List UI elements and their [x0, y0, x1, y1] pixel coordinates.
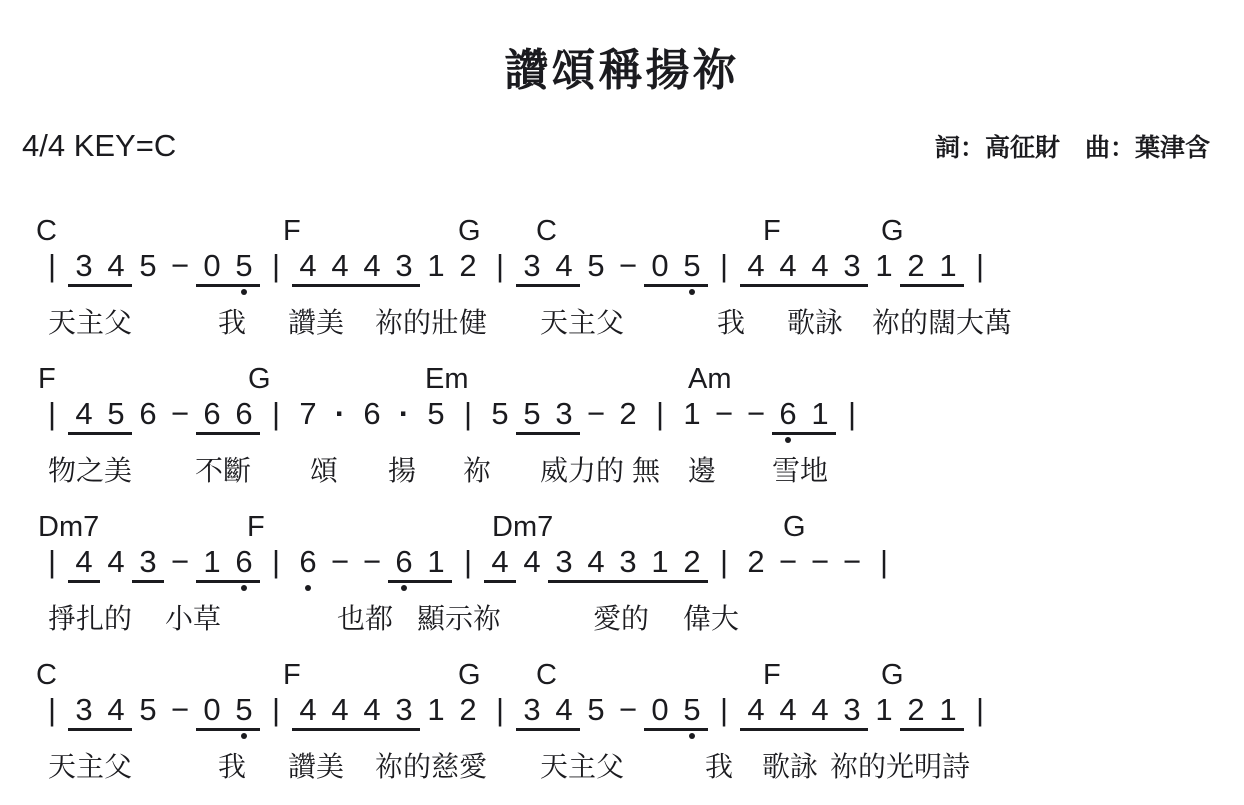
- barline: |: [484, 248, 516, 284]
- barline: |: [484, 692, 516, 728]
- chord-label: F: [283, 214, 301, 248]
- lyric-segment: 威力的: [540, 454, 624, 488]
- lyric-segment: 祢的光明詩: [830, 750, 970, 784]
- barline: |: [36, 544, 68, 580]
- barline: |: [260, 692, 292, 728]
- note-number: 1: [868, 248, 900, 284]
- note-number: 6: [228, 396, 260, 432]
- sheet-music-page: 讚頌稱揚祢 4/4 KEY=C 詞：高征財 曲：葉津含 CFGCFG|345−0…: [0, 0, 1244, 805]
- beam-underline-group: 61: [772, 396, 836, 435]
- note-number: 4: [484, 544, 516, 580]
- note-number: 4: [804, 692, 836, 728]
- lyric-segment: 祢的慈愛: [375, 750, 487, 784]
- note-number: 4: [100, 692, 132, 728]
- dash-continuation: −: [580, 396, 612, 432]
- lyric-segment: 雪地: [772, 454, 828, 488]
- lyric-segment: 我: [705, 750, 733, 784]
- barline: |: [452, 396, 484, 432]
- dash-continuation: −: [612, 692, 644, 728]
- note-number: 0: [644, 248, 676, 284]
- notes-line: |345−05|444312|345−05|4443121|: [0, 692, 1244, 738]
- notation-system: CFGCFG|345−05|444312|345−05|4443121|天主父我…: [0, 658, 1244, 784]
- note-number: 4: [772, 692, 804, 728]
- note-number: 5: [516, 396, 548, 432]
- chord-label: G: [783, 510, 806, 544]
- note-number: 5: [676, 692, 708, 728]
- note-number: 4: [68, 544, 100, 580]
- note-number: 5: [132, 248, 164, 284]
- note-number: 4: [740, 248, 772, 284]
- note-number: 6: [292, 544, 324, 580]
- note-number: 1: [676, 396, 708, 432]
- barline: |: [36, 248, 68, 284]
- note-number: 3: [516, 692, 548, 728]
- beam-underline-group: 34: [516, 692, 580, 731]
- rhythm-dot: ·: [388, 396, 420, 432]
- note-number: 1: [420, 544, 452, 580]
- chord-label: Am: [688, 362, 732, 396]
- beam-underline-group: 4: [484, 544, 516, 583]
- note-number: 6: [132, 396, 164, 432]
- chord-label: C: [36, 214, 57, 248]
- lyric-segment: 揚: [388, 454, 416, 488]
- dash-continuation: −: [740, 396, 772, 432]
- note-number: 4: [580, 544, 612, 580]
- lyric-segment: 讚美: [288, 750, 344, 784]
- lyric-segment: 我: [717, 306, 745, 340]
- note-number: 4: [100, 248, 132, 284]
- chord-label: G: [458, 658, 481, 692]
- octave-dot: [785, 437, 791, 443]
- lyric-segment: 祢: [463, 454, 491, 488]
- dash-continuation: −: [804, 544, 836, 580]
- notes-line: |456−66|7·6·5|553−2|1−−61|: [0, 396, 1244, 442]
- beam-underline-group: 61: [388, 544, 452, 583]
- note-number: 2: [612, 396, 644, 432]
- chord-label: G: [248, 362, 271, 396]
- dash-continuation: −: [356, 544, 388, 580]
- note-number: 0: [644, 692, 676, 728]
- beam-underline-group: 43: [356, 692, 420, 731]
- lyrics-line: 天主父我讚美祢的壯健天主父我歌詠祢的闊大萬: [0, 306, 1244, 340]
- octave-dot: [401, 585, 407, 591]
- note-number: 4: [324, 692, 356, 728]
- lyric-segment: 祢的壯健: [375, 306, 487, 340]
- chord-label: F: [247, 510, 265, 544]
- notes-line: |345−05|444312|345−05|4443121|: [0, 248, 1244, 294]
- note-number: 2: [452, 248, 484, 284]
- lyric-segment: 偉大: [683, 602, 739, 636]
- barline: |: [964, 692, 996, 728]
- note-number: 3: [836, 248, 868, 284]
- note-number: 1: [196, 544, 228, 580]
- barline: |: [836, 396, 868, 432]
- note-number: 4: [356, 248, 388, 284]
- note-number: 1: [804, 396, 836, 432]
- lyric-segment: 愛的: [593, 602, 649, 636]
- note-number: 2: [740, 544, 772, 580]
- dash-continuation: −: [772, 544, 804, 580]
- note-number: 6: [772, 396, 804, 432]
- chord-label: Dm7: [38, 510, 99, 544]
- lyric-segment: 頌: [310, 454, 338, 488]
- note-number: 6: [196, 396, 228, 432]
- beam-underline-group: 05: [196, 692, 260, 731]
- chord-row: FGEmAm: [0, 362, 1244, 396]
- barline: |: [36, 396, 68, 432]
- notation-system: FGEmAm|456−66|7·6·5|553−2|1−−61|物之美不斷頌揚祢…: [0, 362, 1244, 488]
- note-number: 1: [420, 692, 452, 728]
- note-number: 3: [388, 692, 420, 728]
- note-number: 3: [132, 544, 164, 580]
- note-number: 5: [228, 248, 260, 284]
- chord-label: C: [36, 658, 57, 692]
- dash-continuation: −: [164, 692, 196, 728]
- dash-continuation: −: [324, 544, 356, 580]
- beam-underline-group: 43: [356, 248, 420, 287]
- barline: |: [708, 248, 740, 284]
- dash-continuation: −: [164, 396, 196, 432]
- note-number: 5: [676, 248, 708, 284]
- rhythm-dot: ·: [324, 396, 356, 432]
- beam-underline-group: 66: [196, 396, 260, 435]
- note-number: 7: [292, 396, 324, 432]
- beam-underline-group: 43: [804, 692, 868, 731]
- lyric-segment: 也都: [337, 602, 393, 636]
- lyric-segment: 物之美: [48, 454, 132, 488]
- note-number: 3: [388, 248, 420, 284]
- note-number: 2: [452, 692, 484, 728]
- lyric-segment: 歌詠: [762, 750, 818, 784]
- lyric-segment: 天主父: [48, 750, 132, 784]
- song-title: 讚頌稱揚祢: [0, 0, 1244, 98]
- beam-underline-group: 44: [292, 248, 356, 287]
- beam-underline-group: 43: [580, 544, 644, 583]
- note-number: 4: [804, 248, 836, 284]
- beam-underline-group: 45: [68, 396, 132, 435]
- note-number: 3: [68, 692, 100, 728]
- note-number: 0: [196, 692, 228, 728]
- beam-underline-group: 53: [516, 396, 580, 435]
- note-number: 4: [292, 248, 324, 284]
- barline: |: [708, 692, 740, 728]
- note-number: 6: [356, 396, 388, 432]
- notation-system: CFGCFG|345−05|444312|345−05|4443121|天主父我…: [0, 214, 1244, 340]
- chord-label: G: [881, 658, 904, 692]
- lyric-segment: 不斷: [195, 454, 251, 488]
- note-number: 4: [324, 248, 356, 284]
- barline: |: [868, 544, 900, 580]
- lyric-segment: 歌詠: [787, 306, 843, 340]
- note-number: 4: [516, 544, 548, 580]
- beam-underline-group: 05: [196, 248, 260, 287]
- barline: |: [708, 544, 740, 580]
- dash-continuation: −: [612, 248, 644, 284]
- octave-dot: [689, 289, 695, 295]
- beam-underline-group: 34: [516, 248, 580, 287]
- octave-dot: [241, 733, 247, 739]
- lyrics-line: 掙扎的小草也都顯示祢愛的偉大: [0, 602, 1244, 636]
- notation-system: Dm7FDm7G|443−16|6−−61|4434312|2−−−|掙扎的小草…: [0, 510, 1244, 636]
- octave-dot: [689, 733, 695, 739]
- barline: |: [964, 248, 996, 284]
- beam-underline-group: 05: [644, 248, 708, 287]
- beam-underline-group: 34: [68, 692, 132, 731]
- beam-underline-group: 44: [292, 692, 356, 731]
- beam-underline-group: 16: [196, 544, 260, 583]
- dash-continuation: −: [164, 248, 196, 284]
- note-number: 3: [548, 396, 580, 432]
- lyrics-line: 物之美不斷頌揚祢威力的無邊雪地: [0, 454, 1244, 488]
- credits: 詞：高征財 曲：葉津含: [935, 128, 1210, 164]
- barline: |: [644, 396, 676, 432]
- note-number: 3: [548, 544, 580, 580]
- notes-line: |443−16|6−−61|4434312|2−−−|: [0, 544, 1244, 590]
- meta-row: 4/4 KEY=C 詞：高征財 曲：葉津含: [0, 128, 1244, 164]
- barline: |: [260, 544, 292, 580]
- note-number: 4: [548, 248, 580, 284]
- beam-underline-group: 44: [740, 248, 804, 287]
- note-number: 4: [356, 692, 388, 728]
- note-number: 5: [420, 396, 452, 432]
- barline: |: [260, 248, 292, 284]
- note-number: 4: [548, 692, 580, 728]
- note-number: 3: [516, 248, 548, 284]
- note-number: 1: [420, 248, 452, 284]
- note-number: 5: [228, 692, 260, 728]
- lyric-segment: 邊: [688, 454, 716, 488]
- octave-dot: [241, 289, 247, 295]
- beam-underline-group: 3: [132, 544, 164, 583]
- dash-continuation: −: [836, 544, 868, 580]
- chord-row: Dm7FDm7G: [0, 510, 1244, 544]
- note-number: 1: [932, 248, 964, 284]
- chord-label: F: [763, 658, 781, 692]
- note-number: 5: [100, 396, 132, 432]
- note-number: 5: [484, 396, 516, 432]
- note-number: 3: [612, 544, 644, 580]
- note-number: 6: [388, 544, 420, 580]
- beam-underline-group: 4: [68, 544, 100, 583]
- barline: |: [260, 396, 292, 432]
- time-signature-key: 4/4 KEY=C: [22, 128, 176, 164]
- note-number: 2: [900, 248, 932, 284]
- dash-continuation: −: [708, 396, 740, 432]
- note-number: 5: [580, 248, 612, 284]
- lyric-segment: 讚美: [288, 306, 344, 340]
- lyric-segment: 無: [632, 454, 660, 488]
- lyric-segment: 祢的闊大萬: [872, 306, 1012, 340]
- barline: |: [36, 692, 68, 728]
- chord-label: G: [881, 214, 904, 248]
- chord-label: Em: [425, 362, 469, 396]
- lyric-segment: 顯示祢: [417, 602, 501, 636]
- barline: |: [452, 544, 484, 580]
- note-number: 1: [932, 692, 964, 728]
- note-number: 6: [228, 544, 260, 580]
- beam-underline-group: 3: [548, 544, 580, 583]
- beam-underline-group: 43: [804, 248, 868, 287]
- lyric-segment: 我: [218, 750, 246, 784]
- note-number: 4: [740, 692, 772, 728]
- note-number: 5: [132, 692, 164, 728]
- chord-label: C: [536, 214, 557, 248]
- note-number: 2: [900, 692, 932, 728]
- chord-label: C: [536, 658, 557, 692]
- note-number: 3: [68, 248, 100, 284]
- notation-systems: CFGCFG|345−05|444312|345−05|4443121|天主父我…: [0, 214, 1244, 784]
- lyric-segment: 天主父: [48, 306, 132, 340]
- beam-underline-group: 21: [900, 248, 964, 287]
- beam-underline-group: 12: [644, 544, 708, 583]
- beam-underline-group: 44: [740, 692, 804, 731]
- chord-row: CFGCFG: [0, 658, 1244, 692]
- note-number: 1: [644, 544, 676, 580]
- chord-label: G: [458, 214, 481, 248]
- lyric-segment: 天主父: [540, 306, 624, 340]
- lyric-segment: 我: [218, 306, 246, 340]
- octave-dot: [305, 585, 311, 591]
- lyric-segment: 小草: [165, 602, 221, 636]
- beam-underline-group: 05: [644, 692, 708, 731]
- chord-label: F: [38, 362, 56, 396]
- note-number: 2: [676, 544, 708, 580]
- lyrics-line: 天主父我讚美祢的慈愛天主父我歌詠祢的光明詩: [0, 750, 1244, 784]
- chord-label: Dm7: [492, 510, 553, 544]
- note-number: 4: [100, 544, 132, 580]
- note-number: 4: [68, 396, 100, 432]
- note-number: 1: [868, 692, 900, 728]
- note-number: 3: [836, 692, 868, 728]
- note-number: 0: [196, 248, 228, 284]
- beam-underline-group: 34: [68, 248, 132, 287]
- chord-label: F: [763, 214, 781, 248]
- lyric-segment: 天主父: [540, 750, 624, 784]
- lyric-segment: 掙扎的: [48, 602, 132, 636]
- dash-continuation: −: [164, 544, 196, 580]
- chord-row: CFGCFG: [0, 214, 1244, 248]
- note-number: 4: [772, 248, 804, 284]
- beam-underline-group: 21: [900, 692, 964, 731]
- note-number: 5: [580, 692, 612, 728]
- note-number: 4: [292, 692, 324, 728]
- chord-label: F: [283, 658, 301, 692]
- octave-dot: [241, 585, 247, 591]
